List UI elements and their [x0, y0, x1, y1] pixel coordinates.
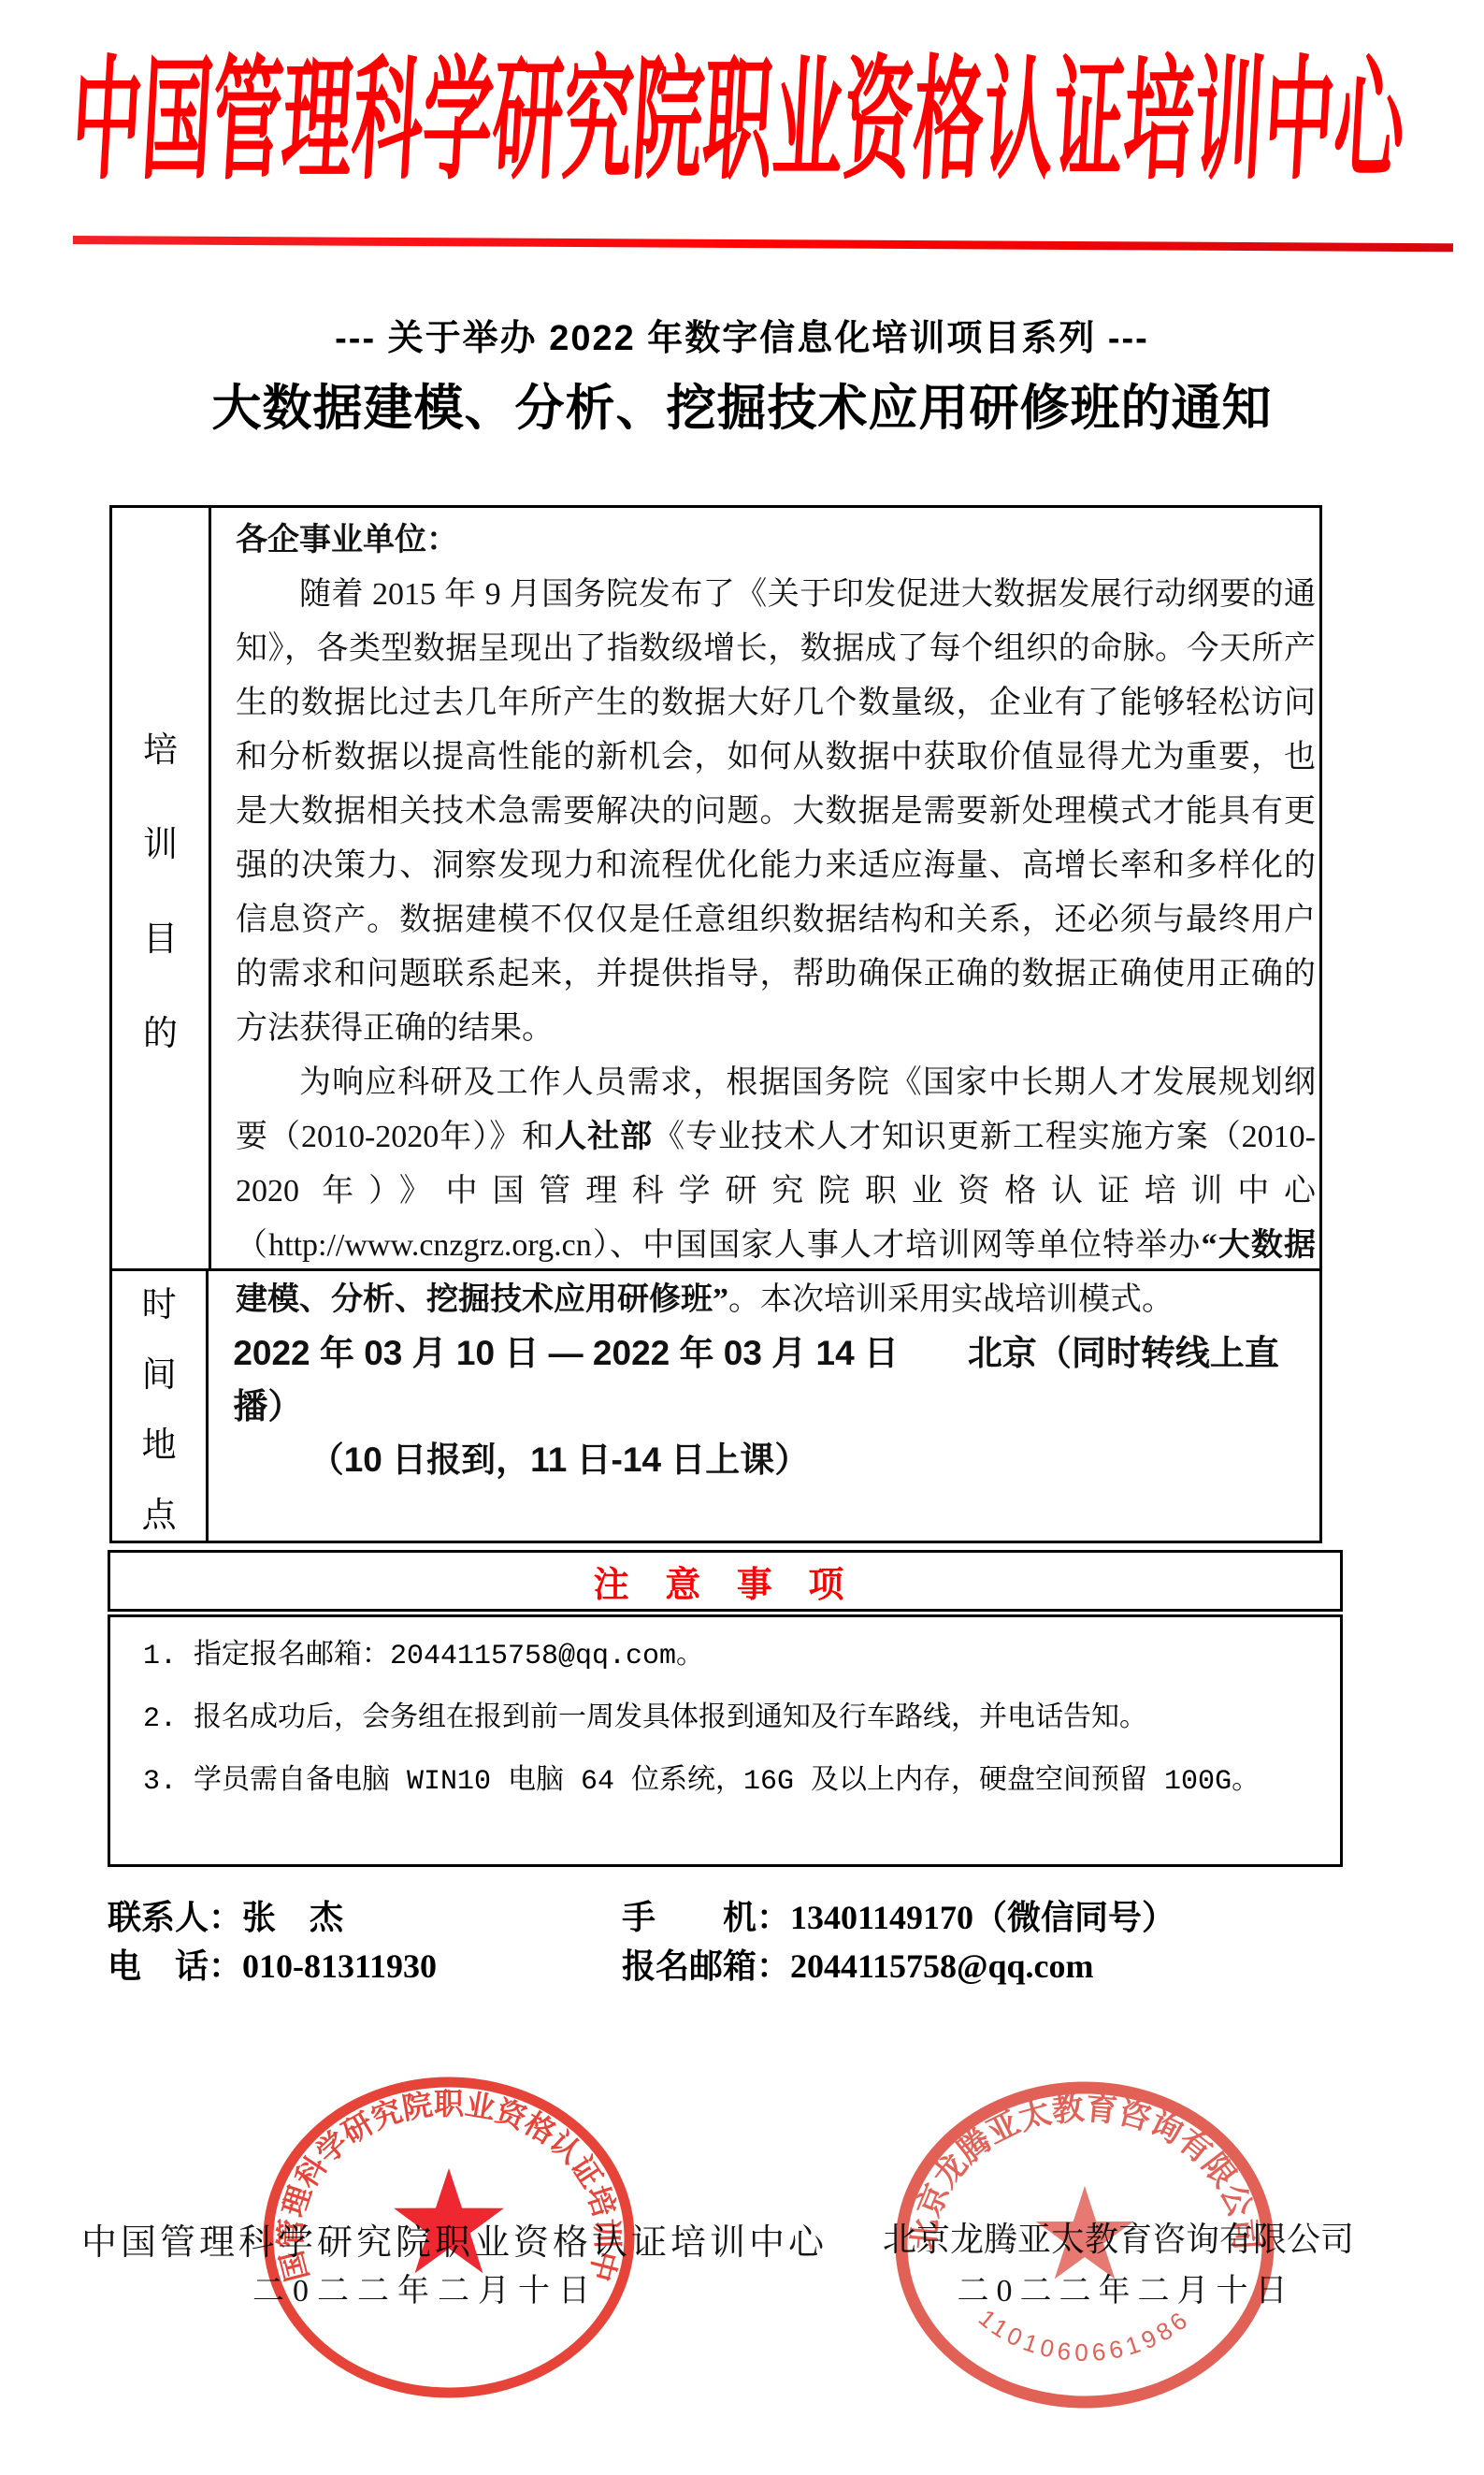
note-item-3: 3. 学员需自备电脑 WIN10 电脑 64 位系统，16G 及以上内存，硬盘空…	[143, 1765, 1321, 1799]
label-char: 的	[143, 1005, 178, 1055]
document-page: 中国管理科学研究院职业资格认证培训中心 --- 关于举办 2022 年数字信息化…	[0, 0, 1484, 2475]
org-header-title: 中国管理科学研究院职业资格认证培训中心	[0, 54, 1484, 188]
label-char: 地	[142, 1416, 177, 1467]
email-label: 报名邮箱：	[622, 1947, 790, 1985]
paragraph-text-bold: 人社部	[555, 1120, 653, 1154]
contact-person-cell: 联系人：张 杰	[108, 1901, 622, 1934]
note-item-2: 2. 报名成功后，会务组在报到前一周发具体报到通知及行车路线，并电话告知。	[143, 1702, 1321, 1736]
table-row-time-place: 时 间 地 点 2022 年 03 月 10 日 — 2022 年 03 月 1…	[112, 1271, 1319, 1541]
header-divider-rule	[73, 236, 1453, 252]
time-place-content: 2022 年 03 月 10 日 — 2022 年 03 月 14 日 北京（同…	[209, 1271, 1319, 1541]
star-icon	[1036, 2186, 1134, 2280]
table-row-training-purpose: 培 训 目 的 各企事业单位： 随着 2015 年 9 月国务院发布了《关于印发…	[112, 508, 1319, 1271]
label-char: 间	[142, 1346, 177, 1397]
label-char: 训	[143, 816, 178, 866]
contact-person-value: 张 杰	[242, 1899, 343, 1936]
star-icon	[394, 2168, 504, 2273]
email-value: 2044115758@qq.com	[790, 1947, 1094, 1985]
seal-number-text: 1101060661986	[973, 2304, 1196, 2366]
phone-label: 电 话：	[108, 1947, 242, 1985]
purpose-paragraph-1: 随着 2015 年 9 月国务院发布了《关于印发促进大数据发展行动纲要的通知》，…	[236, 568, 1316, 1056]
notes-title: 注 意 事 项	[594, 1556, 857, 1607]
phone-value: 010-81311930	[242, 1947, 437, 1985]
schedule-dates: 2022 年 03 月 10 日 — 2022 年 03 月 14 日 北京（同…	[233, 1326, 1319, 1433]
contact-row-2: 电 话：010-81311930报名邮箱：2044115758@qq.com	[108, 1949, 1361, 1983]
mobile-label: 手 机：	[622, 1899, 790, 1936]
right-company-seal-stamp: 北京龙腾亚太教育咨询有限公司 1101060661986	[888, 2075, 1281, 2415]
series-subtitle: --- 关于举办 2022 年数字信息化培训项目系列 ---	[0, 309, 1484, 360]
mobile-value: 13401149170（微信同号）	[790, 1899, 1175, 1936]
contact-row-1: 联系人：张 杰手 机：13401149170（微信同号）	[108, 1901, 1361, 1934]
paragraph-text: 随着 2015 年 9 月国务院发布了《关于印发促进大数据发展行动纲要的通知》，…	[236, 577, 1316, 1046]
training-purpose-content: 各企事业单位： 随着 2015 年 9 月国务院发布了《关于印发促进大数据发展行…	[211, 508, 1319, 1268]
label-char: 点	[142, 1486, 177, 1537]
email-cell: 报名邮箱：2044115758@qq.com	[622, 1947, 1094, 1985]
note-item-1: 1. 指定报名邮箱：2044115758@qq.com。	[143, 1640, 1321, 1673]
row-label-training-purpose: 培 训 目 的	[112, 508, 211, 1268]
contact-person-label: 联系人：	[108, 1899, 242, 1936]
label-char: 目	[143, 910, 178, 961]
label-char: 时	[142, 1276, 177, 1326]
salutation: 各企事业单位：	[236, 514, 1316, 568]
notes-title-box: 注 意 事 项	[108, 1550, 1343, 1612]
notes-body-box: 1. 指定报名邮箱：2044115758@qq.com。 2. 报名成功后，会务…	[108, 1614, 1343, 1867]
schedule-detail: （10 日报到，11 日-14 日上课）	[233, 1433, 1319, 1486]
main-table: 培 训 目 的 各企事业单位： 随着 2015 年 9 月国务院发布了《关于印发…	[109, 505, 1322, 1543]
phone-cell: 电 话：010-81311930	[108, 1949, 622, 1983]
label-char: 培	[143, 721, 178, 772]
document-title: 大数据建模、分析、挖掘技术应用研修班的通知	[0, 369, 1484, 440]
row-label-time-place: 时 间 地 点	[112, 1271, 209, 1541]
mobile-cell: 手 机：13401149170（微信同号）	[622, 1899, 1175, 1936]
left-org-seal-stamp: 中国管理科学研究院职业资格认证培训中心	[252, 2064, 645, 2410]
